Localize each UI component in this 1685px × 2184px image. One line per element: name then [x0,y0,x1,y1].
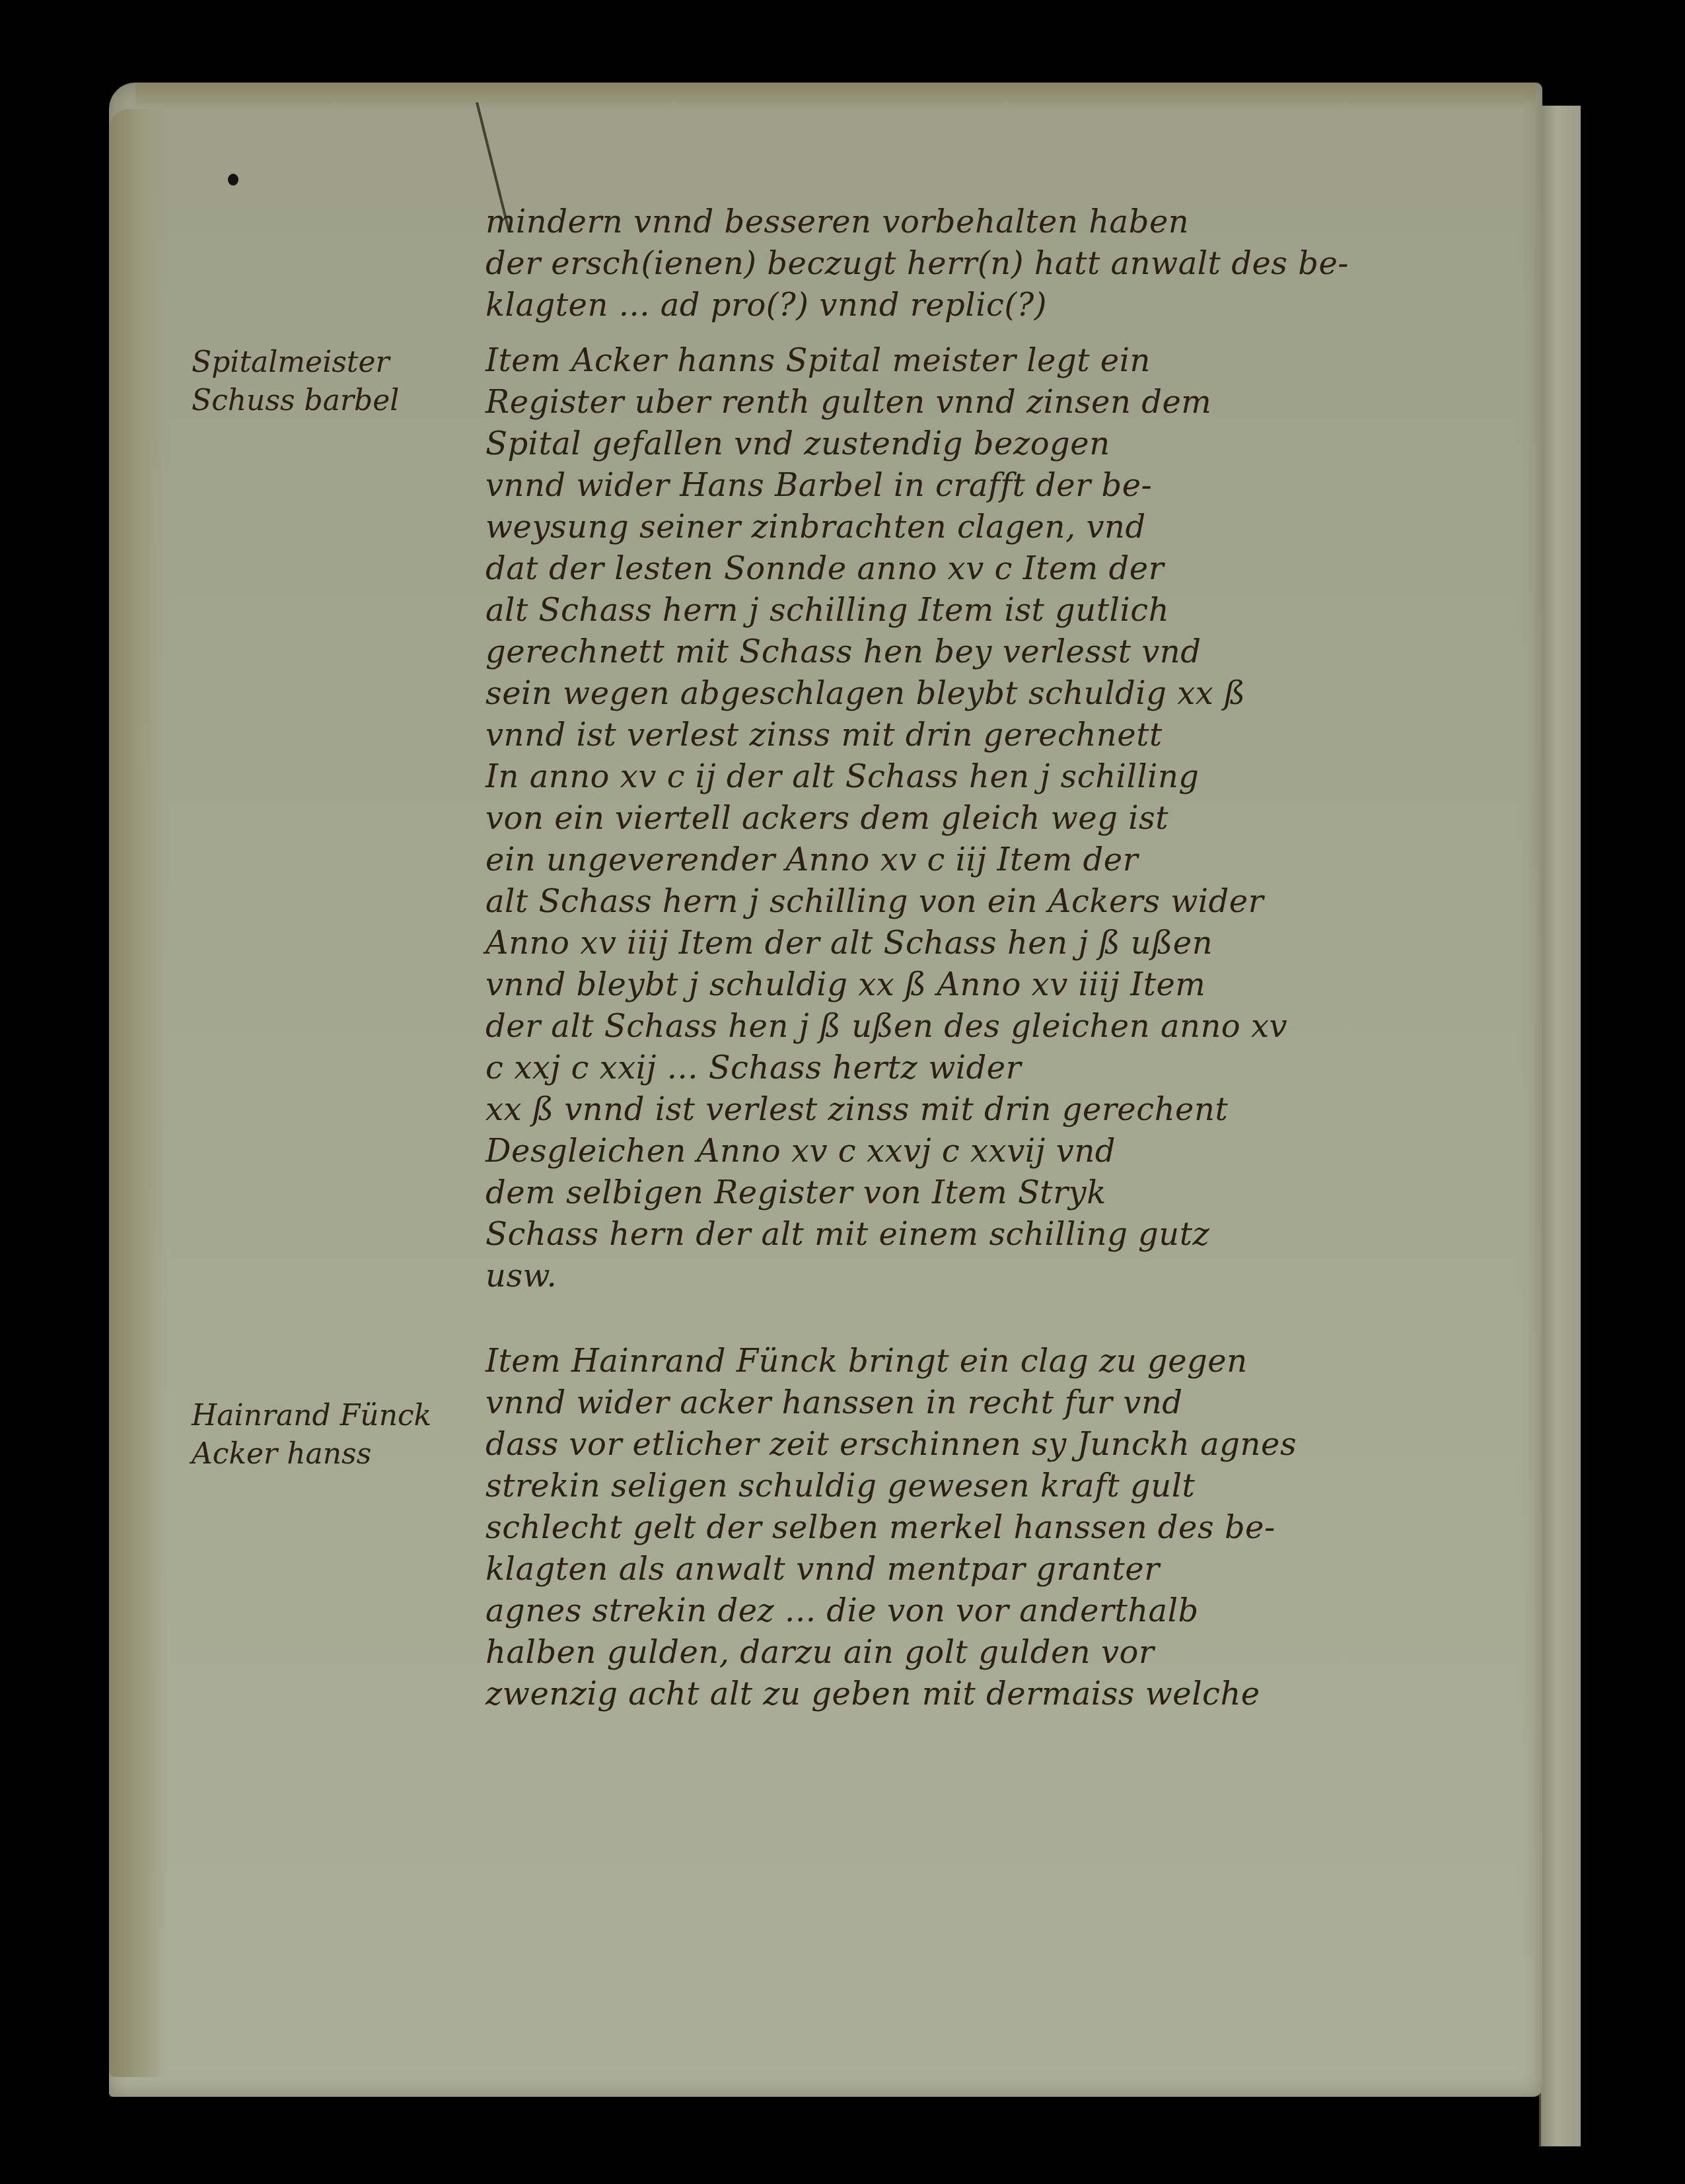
margin-note-line: Hainrand Fünck [192,1397,431,1435]
text-line: klagten ... ad pro(?) vnnd replic(?) [485,285,1349,326]
text-line: zwenzig acht alt zu geben mit dermaiss w… [485,1673,1297,1715]
entry-continuation: mindern vnnd besseren vorbehalten haben … [485,201,1349,326]
text-line: vnnd wider acker hanssen in recht fur vn… [485,1382,1297,1424]
text-line: vnnd bleybt j schuldig xx ß Anno xv iiij… [485,964,1287,1006]
text-line: gerechnett mit Schass hen bey verlesst v… [485,631,1287,673]
text-line: In anno xv c ij der alt Schass hen j sch… [485,756,1287,798]
page-edge-wear [109,109,168,2077]
text-line: weysung seiner zinbrachten clagen, vnd [485,507,1287,548]
text-line: alt Schass hern j schilling Item ist gut… [485,590,1287,631]
text-line: Spital gefallen vnd zustendig bezogen [485,423,1287,465]
text-line: alt Schass hern j schilling von ein Acke… [485,881,1287,923]
text-line: xx ß vnnd ist verlest zinss mit drin ger… [485,1089,1287,1131]
text-line: dem selbigen Register von Item Stryk [485,1172,1287,1214]
text-line: strekin seligen schuldig gewesen kraft g… [485,1465,1297,1507]
text-line: halben gulden, darzu ain golt gulden vor [485,1632,1297,1673]
page-top-wear [135,83,1536,109]
text-line: vnnd wider Hans Barbel in crafft der be- [485,465,1287,507]
margin-note-acker-hanss: Hainrand Fünck Acker hanss [192,1397,431,1473]
entry-spitalmeister: Item Acker hanns Spital meister legt ein… [485,340,1287,1297]
text-line: sein wegen abgeschlagen bleybt schuldig … [485,673,1287,715]
text-line: der ersch(ienen) beczugt herr(n) hatt an… [485,243,1349,285]
text-line: ein ungeverender Anno xv c iij Item der [485,839,1287,881]
text-line: vnnd ist verlest zinss mit drin gerechne… [485,715,1287,756]
margin-note-line: Spitalmeister [192,343,399,382]
text-line: usw. [485,1255,1287,1297]
margin-note-spitalmeister: Spitalmeister Schuss barbel [192,343,399,420]
facing-page-edge [1539,106,1581,2146]
manuscript-page: Spitalmeister Schuss barbel Hainrand Fün… [109,83,1542,2097]
text-line: agnes strekin dez ... die von vor andert… [485,1590,1297,1632]
text-line: von ein viertell ackers dem gleich weg i… [485,798,1287,839]
text-line: Item Acker hanns Spital meister legt ein [485,340,1287,382]
margin-note-line: Acker hanss [192,1435,431,1473]
text-line: c xxj c xxij ... Schass hertz wider [485,1047,1287,1089]
text-line: Item Hainrand Fünck bringt ein clag zu g… [485,1341,1297,1382]
entry-funck-claim: Item Hainrand Fünck bringt ein clag zu g… [485,1341,1297,1715]
text-line: schlecht gelt der selben merkel hanssen … [485,1507,1297,1549]
text-line: Register uber renth gulten vnnd zinsen d… [485,382,1287,423]
ink-dot-mark [228,174,238,186]
text-line: dass vor etlicher zeit erschinnen sy Jun… [485,1424,1297,1465]
text-line: mindern vnnd besseren vorbehalten haben [485,201,1349,243]
text-line: Desgleichen Anno xv c xxvj c xxvij vnd [485,1131,1287,1172]
text-line: Schass hern der alt mit einem schilling … [485,1214,1287,1255]
text-line: Anno xv iiij Item der alt Schass hen j ß… [485,923,1287,964]
text-line: klagten als anwalt vnnd mentpar granter [485,1549,1297,1590]
text-line: dat der lesten Sonnde anno xv c Item der [485,548,1287,590]
margin-note-line: Schuss barbel [192,382,399,420]
text-line: der alt Schass hen j ß ußen des gleichen… [485,1006,1287,1047]
